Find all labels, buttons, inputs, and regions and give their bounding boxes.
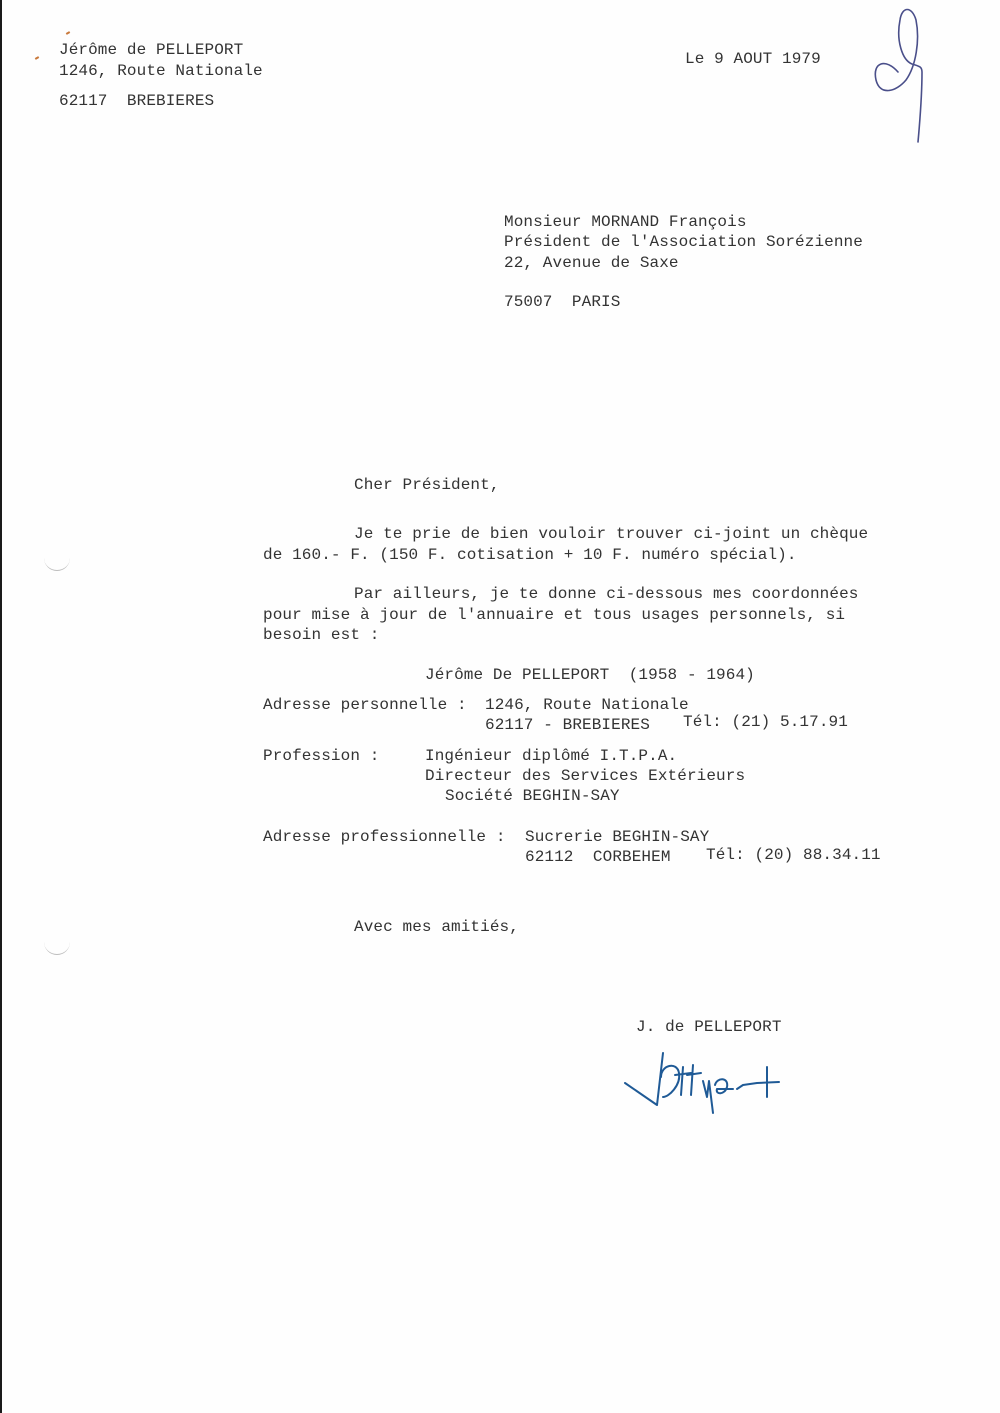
- professional-address-label: Adresse professionnelle :: [263, 827, 506, 847]
- professional-phone: Tél: (20) 88.34.11: [706, 845, 881, 865]
- sender-city: 62117 BREBIERES: [59, 91, 214, 111]
- salutation: Cher Président,: [354, 475, 500, 495]
- closing: Avec mes amitiés,: [354, 917, 519, 937]
- paper-speck: [66, 31, 70, 35]
- personal-address-line1: 1246, Route Nationale: [485, 695, 689, 715]
- paragraph2-line2: pour mise à jour de l'annuaire et tous u…: [263, 605, 845, 625]
- professional-address-line1: Sucrerie BEGHIN-SAY: [525, 827, 709, 847]
- sender-street: 1246, Route Nationale: [59, 61, 263, 81]
- recipient-street: 22, Avenue de Saxe: [504, 253, 679, 273]
- personal-address-label: Adresse personnelle :: [263, 695, 467, 715]
- paragraph1-line1: Je te prie de bien vouloir trouver ci-jo…: [354, 524, 868, 544]
- personal-address-line2: 62117 - BREBIERES: [485, 715, 650, 735]
- punch-hole-mark: [44, 940, 70, 955]
- paragraph1-line2: de 160.- F. (150 F. cotisation + 10 F. n…: [263, 545, 797, 565]
- recipient-city: 75007 PARIS: [504, 292, 620, 312]
- punch-hole-mark: [44, 556, 70, 571]
- handwritten-initial-mark: [862, 0, 942, 150]
- personal-phone: Tél: (21) 5.17.91: [683, 712, 848, 732]
- paper-speck: [35, 56, 39, 60]
- profession-label: Profession :: [263, 746, 379, 766]
- letter-date: Le 9 AOUT 1979: [685, 49, 821, 69]
- recipient-name: Monsieur MORNAND François: [504, 212, 747, 232]
- sender-name: Jérôme de PELLEPORT: [59, 40, 243, 60]
- paragraph2-line1: Par ailleurs, je te donne ci-dessous mes…: [354, 584, 858, 604]
- paragraph2-line3: besoin est :: [263, 625, 379, 645]
- handwritten-signature: [617, 1045, 792, 1125]
- recipient-title: Président de l'Association Sorézienne: [504, 232, 863, 252]
- signature-name: J. de PELLEPORT: [636, 1017, 782, 1037]
- profession-line2: Directeur des Services Extérieurs: [425, 766, 745, 786]
- profession-line1: Ingénieur diplômé I.T.P.A.: [425, 746, 677, 766]
- details-heading: Jérôme De PELLEPORT (1958 - 1964): [425, 665, 755, 685]
- letter-page: Jérôme de PELLEPORT 1246, Route National…: [0, 0, 1000, 1413]
- professional-address-line2: 62112 CORBEHEM: [525, 847, 671, 867]
- profession-line3: Société BEGHIN-SAY: [445, 786, 620, 806]
